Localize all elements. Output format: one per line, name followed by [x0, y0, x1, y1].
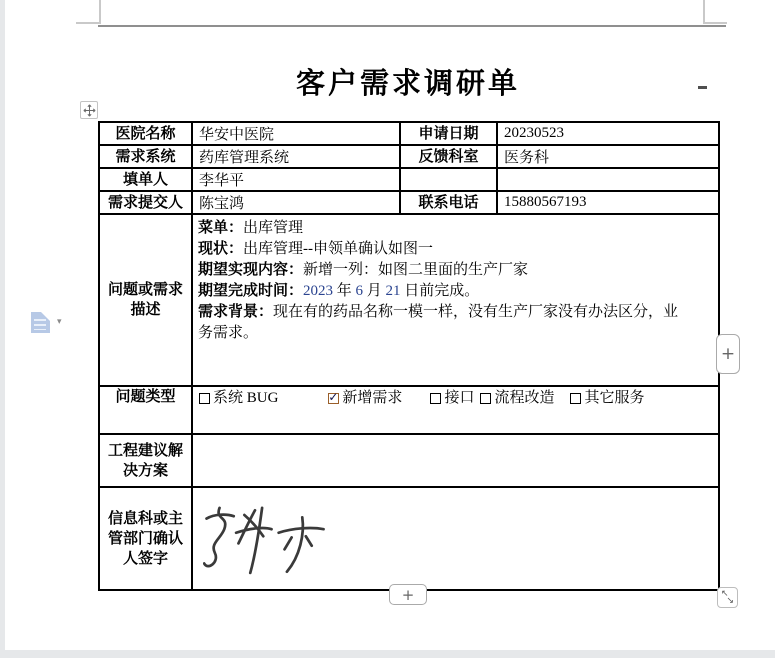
table-row: 工程建议解决方案 — [99, 434, 719, 487]
table-move-handle[interactable] — [80, 101, 98, 119]
page-top-divider — [98, 25, 726, 27]
paste-options-button[interactable]: ▾ — [31, 308, 77, 336]
demand-system-label[interactable]: 需求系统 — [99, 145, 192, 168]
issue-type-option-new-demand[interactable]: 新增需求 — [328, 390, 402, 407]
description-content[interactable]: 菜单：出库管理 现状：出库管理--申领单确认如图一 期望实现内容：新增一列：如图… — [192, 214, 719, 386]
feedback-dept-label[interactable]: 反馈科室 — [400, 145, 497, 168]
text-boundary-mark — [703, 0, 705, 22]
issue-type-option-process[interactable]: 流程改造 — [480, 390, 554, 407]
feedback-dept-value[interactable]: 医务科 — [497, 145, 719, 168]
table-resize-handle[interactable]: ↖ ↘ — [717, 587, 738, 608]
desc-status-line[interactable]: 现状：出库管理--申领单确认如图一 — [198, 239, 688, 260]
deadline-year: 2023 — [303, 283, 333, 299]
issue-type-option-other[interactable]: 其它服务 — [570, 390, 644, 407]
form-filler-value[interactable]: 李华平 — [192, 168, 400, 191]
table-row: 问题类型 系统 BUG 新增需求 接口 流程改造 其它服务 — [99, 386, 719, 434]
issue-type-options: 系统 BUG 新增需求 接口 流程改造 其它服务 — [192, 386, 719, 434]
issue-type-option-interface[interactable]: 接口 — [430, 390, 474, 407]
insert-row-button[interactable]: + — [389, 584, 427, 605]
hospital-name-label[interactable]: 医院名称 — [99, 122, 192, 145]
text-boundary-mark — [703, 22, 727, 24]
table-row: 信息科或主管部门确认人签字 — [99, 487, 719, 590]
desc-background-line[interactable]: 需求背景：现在有的药品名称一模一样，没有生产厂家没有办法区分，业务需求。 — [198, 302, 688, 344]
signature-content[interactable] — [192, 487, 719, 590]
issue-type-option-bug[interactable]: 系统 BUG — [199, 390, 278, 407]
checkbox-icon[interactable] — [480, 393, 491, 404]
desc-menu-line[interactable]: 菜单：出库管理 — [198, 218, 688, 239]
four-way-move-arrows-icon — [83, 104, 96, 117]
description-label[interactable]: 问题或需求描述 — [99, 214, 192, 386]
hospital-name-value[interactable]: 华安中医院 — [192, 122, 400, 145]
text-boundary-mark — [76, 22, 101, 24]
empty-cell[interactable] — [400, 168, 497, 191]
handwritten-signature — [203, 504, 333, 578]
signature-label[interactable]: 信息科或主管部门确认人签字 — [99, 487, 192, 590]
checkbox-icon[interactable] — [199, 393, 210, 404]
chevron-down-icon: ▾ — [57, 318, 62, 327]
desc-expect-line[interactable]: 期望实现内容：新增一列：如图二里面的生产厂家 — [198, 260, 688, 281]
table-row: 问题或需求描述 菜单：出库管理 现状：出库管理--申领单确认如图一 期望实现内容… — [99, 214, 719, 386]
insert-column-button[interactable]: + — [716, 334, 740, 374]
window-edge-bottom — [0, 650, 775, 658]
deadline-day: 21 — [386, 283, 401, 299]
desc-deadline-line[interactable]: 期望完成时间：2023 年 6 月 21 日前完成。 — [198, 281, 688, 302]
text-boundary-mark — [99, 0, 101, 22]
checkbox-checked-icon[interactable] — [328, 393, 339, 404]
contact-phone-value[interactable]: 15880567193 — [497, 191, 719, 214]
table-row: 填单人 李华平 — [99, 168, 719, 191]
proposal-label[interactable]: 工程建议解决方案 — [99, 434, 192, 487]
empty-cell[interactable] — [497, 168, 719, 191]
issue-type-label[interactable]: 问题类型 — [99, 386, 192, 434]
table-row: 需求提交人 陈宝鸿 联系电话 15880567193 — [99, 191, 719, 214]
checkbox-icon[interactable] — [570, 393, 581, 404]
page-title[interactable]: 客户需求调研单 — [98, 64, 718, 104]
contact-phone-label[interactable]: 联系电话 — [400, 191, 497, 214]
insert-plus-icon: + — [402, 586, 415, 604]
submitter-value[interactable]: 陈宝鸿 — [192, 191, 400, 214]
diagonal-resize-arrows-icon: ↘ — [726, 596, 734, 606]
demand-system-value[interactable]: 药库管理系统 — [192, 145, 400, 168]
apply-date-label[interactable]: 申请日期 — [400, 122, 497, 145]
insert-plus-icon: + — [721, 344, 735, 364]
table-row: 需求系统 药库管理系统 反馈科室 医务科 — [99, 145, 719, 168]
window-edge-left — [0, 0, 5, 650]
proposal-content[interactable] — [192, 434, 719, 487]
apply-date-value[interactable]: 20230523 — [497, 122, 719, 145]
checkbox-icon[interactable] — [430, 393, 441, 404]
submitter-label[interactable]: 需求提交人 — [99, 191, 192, 214]
deadline-month: 6 — [356, 283, 364, 299]
requirements-form-table: 医院名称 华安中医院 申请日期 20230523 需求系统 药库管理系统 反馈科… — [98, 121, 720, 591]
form-filler-label[interactable]: 填单人 — [99, 168, 192, 191]
table-row: 医院名称 华安中医院 申请日期 20230523 — [99, 122, 719, 145]
paste-clipboard-icon — [31, 312, 50, 333]
